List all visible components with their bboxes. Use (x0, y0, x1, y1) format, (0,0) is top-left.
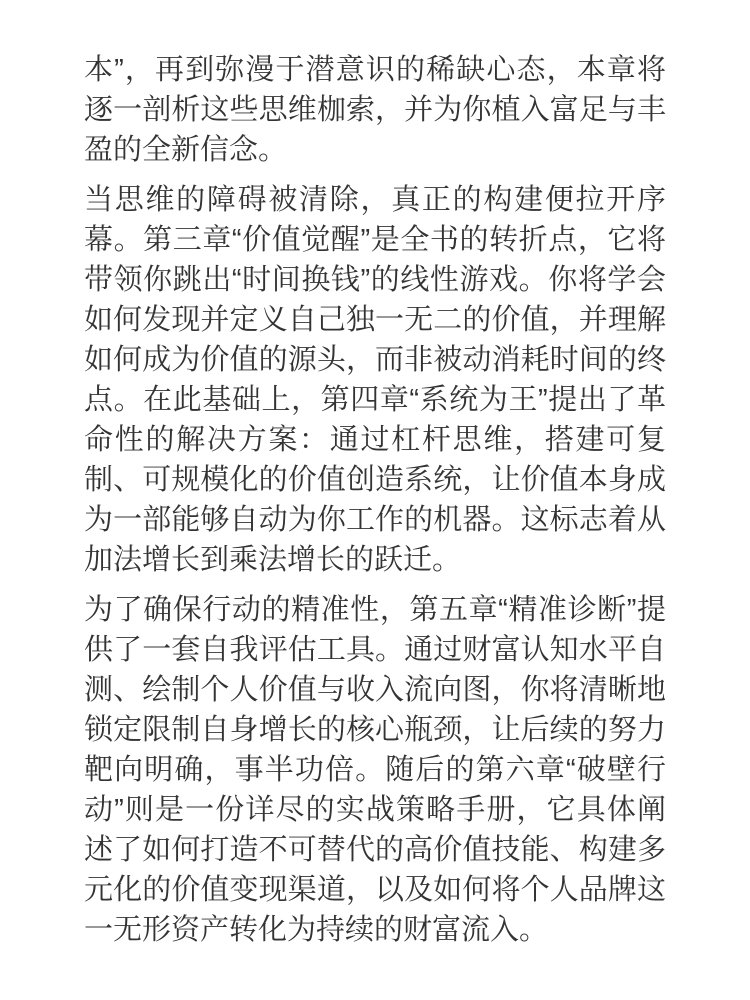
paragraph-1: 本”，再到弥漫于潜意识的稀缺心态，本章将逐一剖析这些思维枷索，并为你植入富足与丰… (84, 50, 666, 170)
document-page: 本”，再到弥漫于潜意识的稀缺心态，本章将逐一剖析这些思维枷索，并为你植入富足与丰… (0, 0, 750, 1000)
paragraph-3: 为了确保行动的精准性，第五章“精准诊断”提供了一套自我评估工具。通过财富认知水平… (84, 590, 666, 950)
paragraph-2: 当思维的障碍被清除，真正的构建便拉开序幕。第三章“价值觉醒”是全书的转折点，它将… (84, 180, 666, 580)
